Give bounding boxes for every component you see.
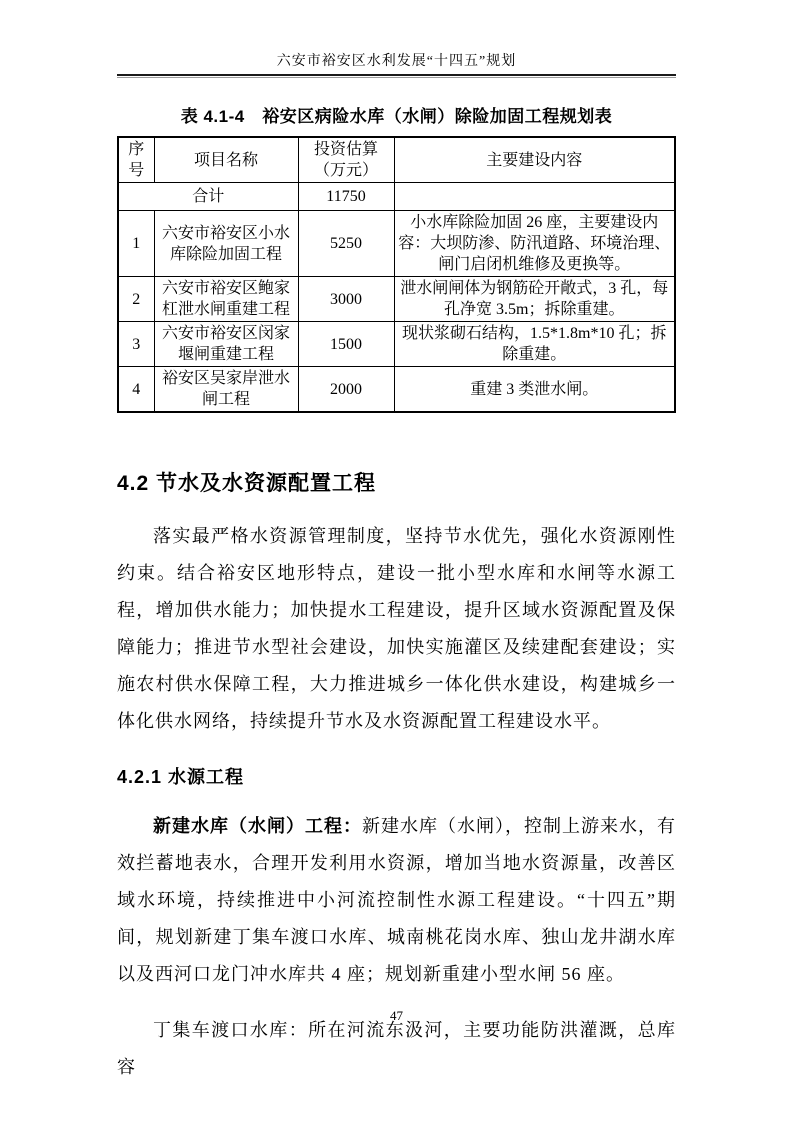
- table-header-row: 序号 项目名称 投资估算（万元） 主要建设内容: [118, 137, 675, 183]
- table-row: 3 六安市裕安区闵家堰闸重建工程 1500 现状浆砌石结构，1.5*1.8m*1…: [118, 322, 675, 367]
- table-row: 4 裕安区吴家岸泄水闸工程 2000 重建 3 类泄水闸。: [118, 367, 675, 413]
- page-content: 六安市裕安区水利发展“十四五”规划 表 4.1-4 裕安区病险水库（水闸）除险加…: [117, 0, 676, 1086]
- cell-cost: 2000: [298, 367, 394, 413]
- paragraph-new-reservoirs: 新建水库（水闸）工程：新建水库（水闸），控制上游来水，有效拦蓄地表水，合理开发利…: [117, 808, 676, 993]
- cell-cost: 5250: [298, 211, 394, 277]
- paragraph-bold-lead: 新建水库（水闸）工程：: [153, 816, 362, 836]
- cell-project-name: 六安市裕安区闵家堰闸重建工程: [154, 322, 298, 367]
- col-header-name: 项目名称: [154, 137, 298, 183]
- page-number: 47: [0, 1008, 793, 1024]
- section-heading-4-2: 4.2 节水及水资源配置工程: [117, 467, 676, 497]
- cell-content: 小水库除险加固 26 座，主要建设内容：大坝防渗、防汛道路、环境治理、闸门启闭机…: [394, 211, 675, 277]
- table-caption: 表 4.1-4 裕安区病险水库（水闸）除险加固工程规划表: [117, 102, 676, 127]
- table-row: 2 六安市裕安区鲍家杠泄水闸重建工程 3000 泄水闸闸体为钢筋砼开敞式，3 孔…: [118, 277, 675, 322]
- cell-content: 重建 3 类泄水闸。: [394, 367, 675, 413]
- total-content-cell: [394, 183, 675, 211]
- table-total-row: 合计 11750: [118, 183, 675, 211]
- cell-no: 3: [118, 322, 154, 367]
- cell-content: 现状浆砌石结构，1.5*1.8m*10 孔；拆除重建。: [394, 322, 675, 367]
- cell-content: 泄水闸闸体为钢筋砼开敞式，3 孔，每孔净宽 3.5m；拆除重建。: [394, 277, 675, 322]
- col-header-no: 序号: [118, 137, 154, 183]
- cell-no: 1: [118, 211, 154, 277]
- cell-project-name: 六安市裕安区鲍家杠泄水闸重建工程: [154, 277, 298, 322]
- cell-project-name: 裕安区吴家岸泄水闸工程: [154, 367, 298, 413]
- document-page: 六安市裕安区水利发展“十四五”规划 表 4.1-4 裕安区病险水库（水闸）除险加…: [0, 0, 793, 1122]
- cell-no: 4: [118, 367, 154, 413]
- cell-cost: 3000: [298, 277, 394, 322]
- cell-project-name: 六安市裕安区小水库除险加固工程: [154, 211, 298, 277]
- cell-cost: 1500: [298, 322, 394, 367]
- col-header-content: 主要建设内容: [394, 137, 675, 183]
- total-label-cell: 合计: [118, 183, 298, 211]
- cell-no: 2: [118, 277, 154, 322]
- header-rule: [117, 74, 676, 78]
- total-cost-cell: 11750: [298, 183, 394, 211]
- plan-table: 序号 项目名称 投资估算（万元） 主要建设内容 合计 11750 1 六安市裕安…: [117, 136, 676, 413]
- paragraph-water-policy: 落实最严格水资源管理制度，坚持节水优先，强化水资源刚性约束。结合裕安区地形特点，…: [117, 518, 676, 740]
- subsection-heading-4-2-1: 4.2.1 水源工程: [117, 763, 676, 789]
- running-header-title: 六安市裕安区水利发展“十四五”规划: [117, 0, 676, 70]
- col-header-cost: 投资估算（万元）: [298, 137, 394, 183]
- table-row: 1 六安市裕安区小水库除险加固工程 5250 小水库除险加固 26 座，主要建设…: [118, 211, 675, 277]
- paragraph-body-text: 新建水库（水闸），控制上游来水，有效拦蓄地表水，合理开发利用水资源，增加当地水资…: [117, 816, 676, 984]
